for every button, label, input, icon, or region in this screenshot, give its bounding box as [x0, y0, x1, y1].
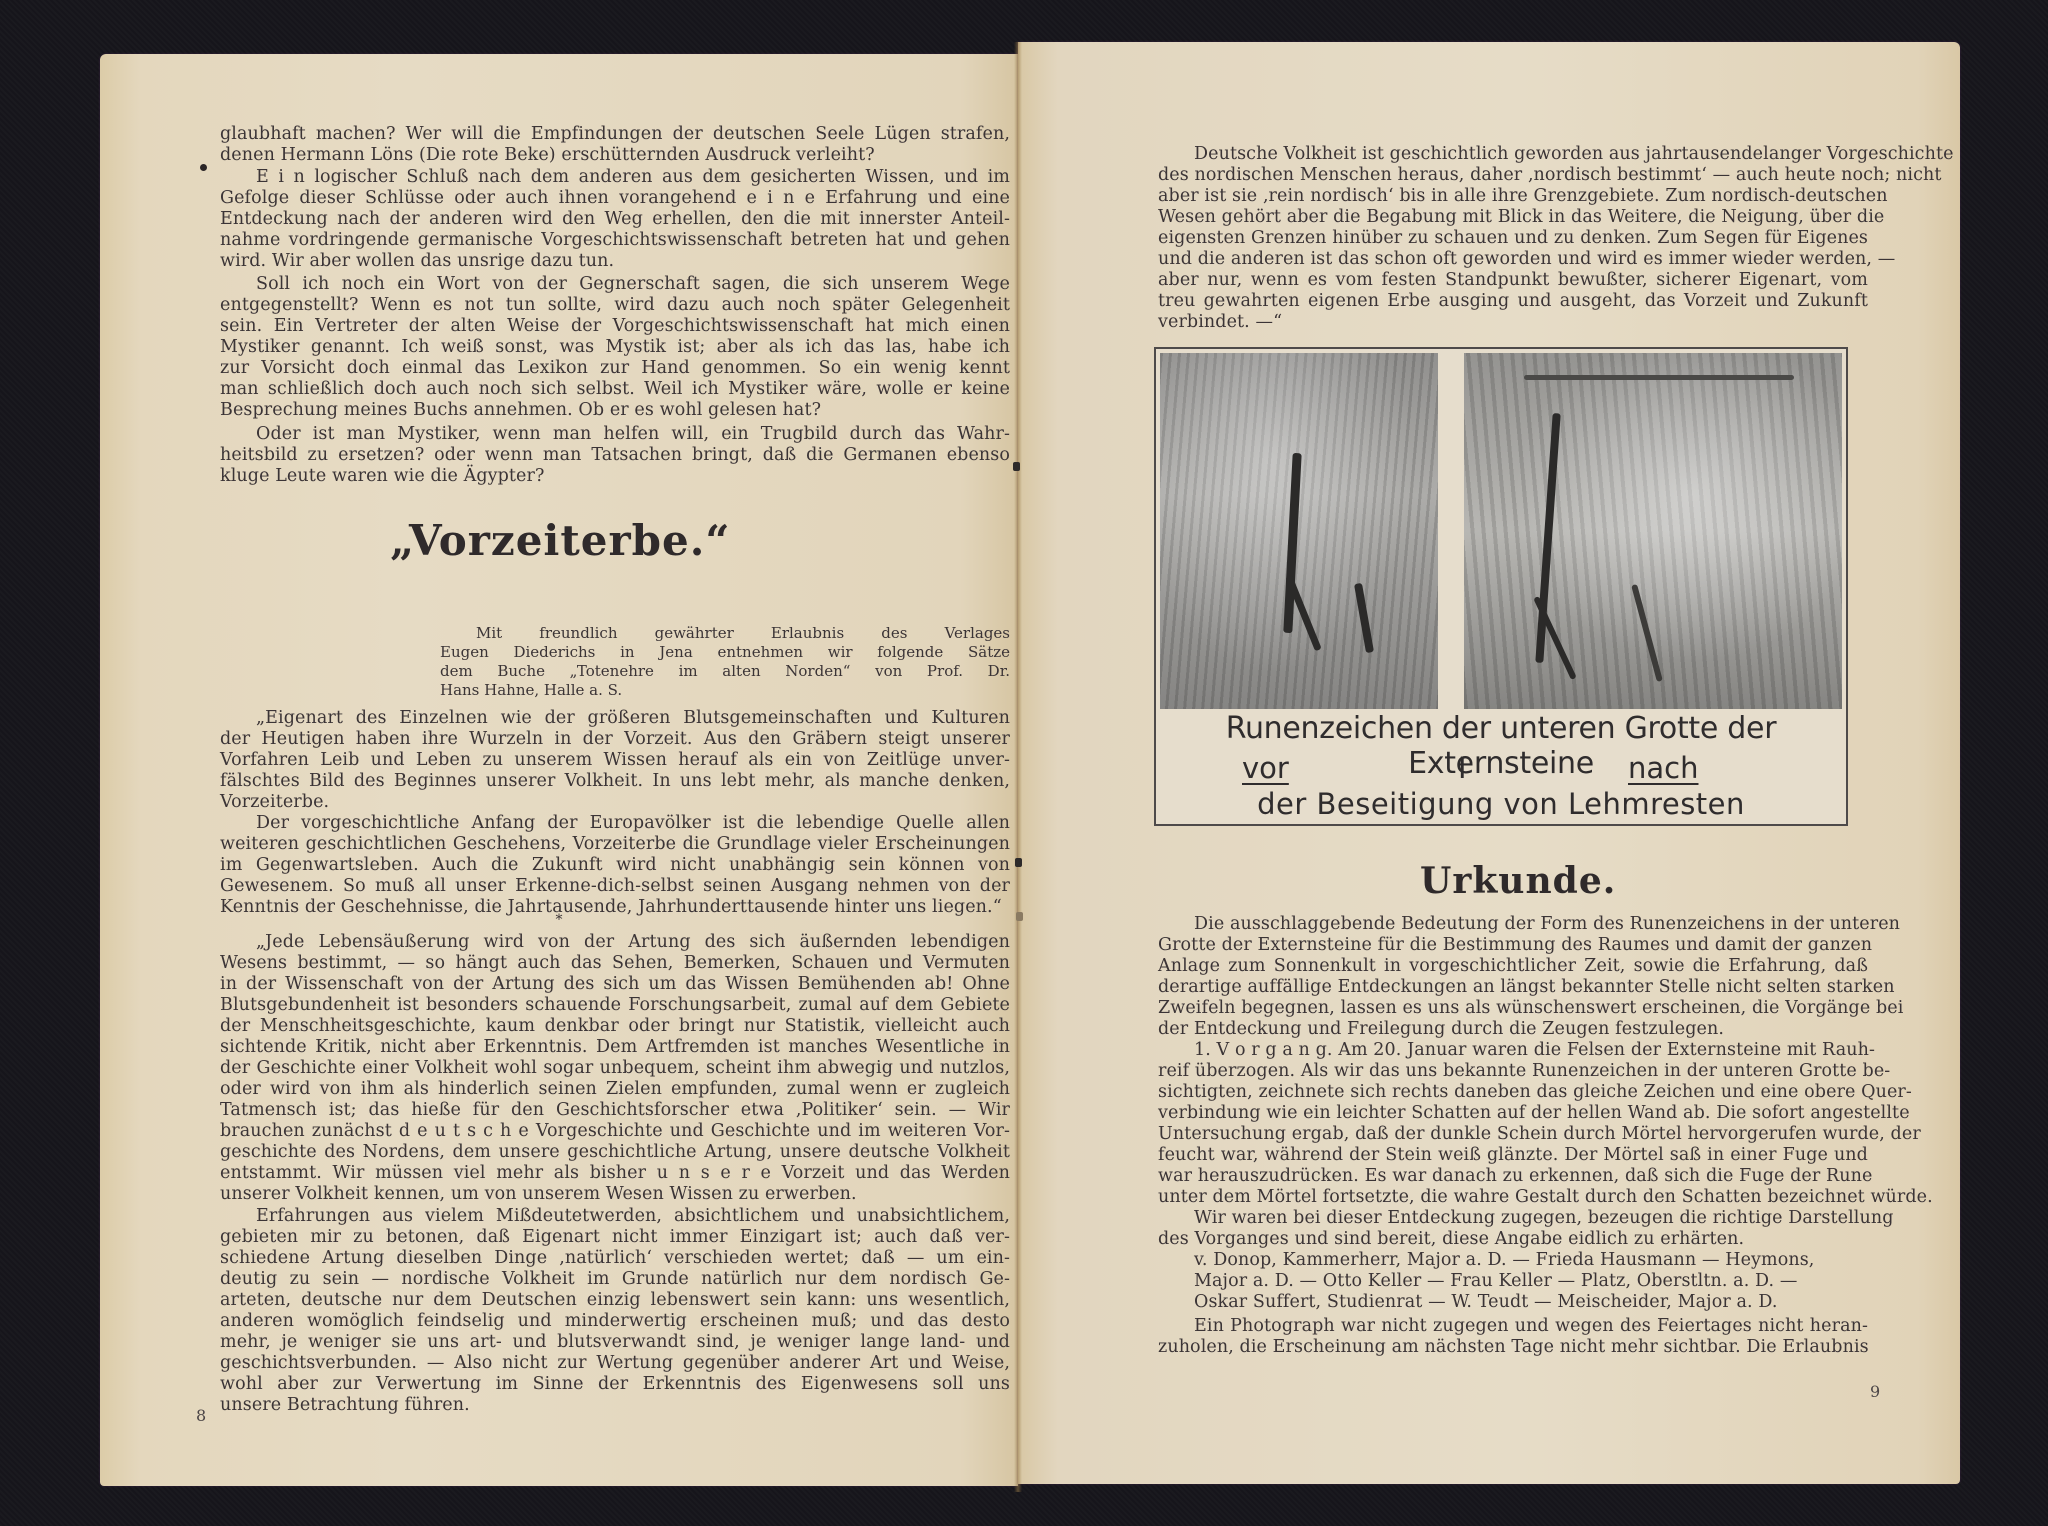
- event-label: 1. V o r g a n g.: [1194, 1040, 1333, 1060]
- page-number-right: 9: [1870, 1382, 1880, 1401]
- caption-after-label: nach: [1628, 751, 1698, 785]
- left-para-2: E i n logischer Schluß nach dem anderen …: [220, 167, 1010, 272]
- figure-caption-subtitle: der Beseitigung von Lehmresten: [1156, 787, 1846, 821]
- witness-list: v. Donop, Kammerherr, Major a. D. — Frie…: [1194, 1250, 1834, 1313]
- right-page: Deutsche Volkheit ist geschichtlich gewo…: [1018, 42, 1960, 1484]
- rune-photo-figure: Runenzeichen der unteren Grotte der Exte…: [1154, 347, 1848, 826]
- staple-mark: [1016, 912, 1023, 921]
- left-page: glaubhaft machen? Wer will die Empfindun…: [100, 54, 1018, 1486]
- quote-para-2: Der vorgeschichtliche Anfang der Europav…: [220, 813, 1010, 918]
- book-gutter: [1014, 42, 1022, 1492]
- caption-before-label: vor: [1242, 751, 1289, 785]
- left-para-3: Soll ich noch ein Wort von der Gegnersch…: [220, 274, 1010, 421]
- rune-crossbar: [1524, 375, 1794, 380]
- section-heading-urkunde: Urkunde.: [1420, 860, 1616, 902]
- photo-after-cleaning: [1464, 353, 1842, 709]
- quote-para-4: Erfahrungen aus vielem Mißdeutetwerden, …: [220, 1206, 1010, 1416]
- quote-para-1: „Eigenart des Einzelnen wie der größeren…: [220, 708, 1010, 813]
- left-para-1: glaubhaft machen? Wer will die Empfindun…: [220, 124, 1010, 166]
- right-para-3: 1. V o r g a n g. Am 20. Januar waren di…: [1158, 1040, 1868, 1208]
- caption-divider: I: [1458, 751, 1467, 785]
- right-para-1: Deutsche Volkheit ist geschichtlich gewo…: [1158, 144, 1868, 333]
- bullet-mark: [200, 164, 207, 171]
- left-para-4: Oder ist man Mystiker, wenn man helfen w…: [220, 424, 1010, 487]
- right-para-4: Wir waren bei dieser Entdeckung zugegen,…: [1158, 1208, 1868, 1250]
- rune-mark: [1631, 584, 1663, 682]
- right-para-5: Ein Photograph war nicht zugegen und weg…: [1158, 1316, 1868, 1358]
- quote-para-3: „Jede Lebensäußerung wird von der Artung…: [220, 932, 1010, 1205]
- staple-mark: [1013, 462, 1020, 471]
- right-para-2: Die ausschlaggebende Bedeutung der Form …: [1158, 914, 1868, 1040]
- source-attribution: Mit freundlich gewährter Erlaubnis des V…: [440, 624, 1010, 700]
- staple-mark: [1015, 858, 1022, 867]
- section-heading-vorzeiterbe: „Vorzeiterbe.“: [390, 516, 731, 565]
- section-separator: *: [100, 912, 1018, 928]
- rune-mark: [1354, 583, 1374, 653]
- photo-before-cleaning: [1160, 353, 1438, 709]
- page-number-left: 8: [196, 1406, 206, 1425]
